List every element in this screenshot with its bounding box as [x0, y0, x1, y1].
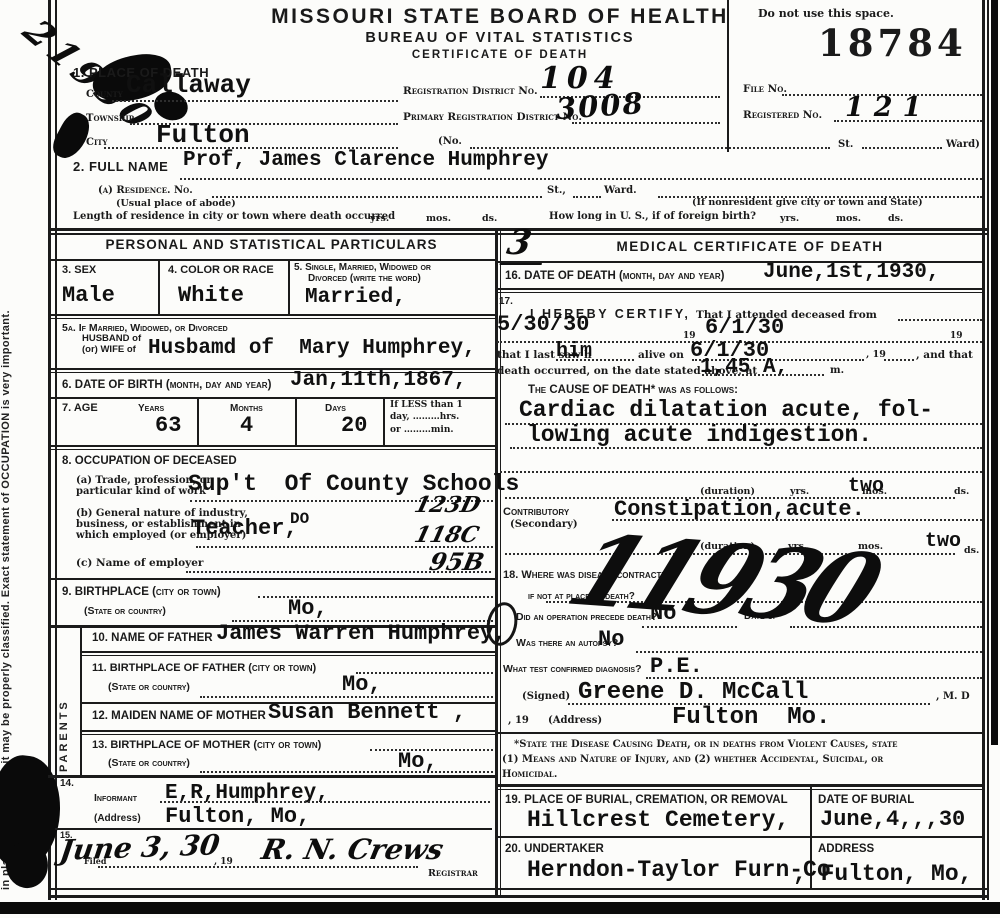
dotted-rule [180, 178, 982, 180]
duration-value-1: two [848, 477, 884, 497]
rule [48, 449, 495, 450]
duration-value-2: two [925, 532, 961, 552]
burial-place-label: 19. PLACE OF BURIAL, CREMATION, OR REMOV… [505, 794, 788, 806]
footnote-line-2: (1) Means and Nature of Injury, and (2) … [502, 755, 883, 766]
rule [158, 259, 160, 316]
footnote-line-3: Homicidal. [502, 770, 557, 781]
duration-ds-label: ds. [954, 487, 969, 497]
full-name-value: Prof, James Clarence Humphrey [183, 150, 548, 171]
cause-of-death-line-2: lowing acute indigestion. [527, 424, 872, 447]
age-years-value: 63 [155, 415, 181, 437]
section-17-number: 17. [499, 297, 513, 308]
county-value: Callaway [126, 72, 251, 98]
test-confirmed-value: P.E. [650, 656, 703, 678]
sex-label: 3. SEX [62, 265, 96, 277]
birthplace-value: Mo, [288, 598, 328, 620]
employer-label: (c) Name of employer [76, 558, 203, 569]
race-label: 4. COLOR OR RACE [168, 265, 274, 277]
attended-to-date: 6/1/30 [705, 317, 784, 339]
date-of-death-label: 16. DATE OF DEATH (month, day and year) [505, 270, 724, 282]
occupation-trade-value: Sup't Of County Schools [188, 473, 519, 496]
registered-no-label: Registered No. [743, 110, 822, 121]
rule [48, 578, 495, 580]
bureau-subtitle: BUREAU OF VITAL STATISTICS [270, 31, 730, 46]
dotted-rule [636, 651, 982, 653]
township-label: Township [86, 114, 134, 125]
signed-label: (Signed) [522, 692, 570, 703]
dotted-rule [500, 471, 982, 473]
board-title: MISSOURI STATE BOARD OF HEALTH [270, 6, 730, 28]
rule [497, 732, 985, 734]
registered-no-value: 121 [845, 94, 931, 121]
mos-label: mos. [426, 214, 451, 224]
burial-date-label: DATE OF BURIAL [818, 794, 914, 806]
father-birthplace-label: 11. BIRTHPLACE OF FATHER (city or town) [92, 663, 316, 675]
duration-label: (duration) [700, 487, 755, 497]
father-name-value: James Warren Humphrey, [216, 623, 506, 645]
registrar-signature: R. N. Crews [259, 836, 446, 864]
residence-label: (a) Residence. No. [98, 186, 193, 197]
dotted-rule [898, 319, 982, 321]
rule [80, 655, 495, 656]
rule [80, 734, 495, 735]
father-name-label: 10. NAME OF FATHER [92, 632, 213, 644]
if-less-label-1: If LESS than 1 [390, 401, 463, 410]
form-border-right-outer [987, 0, 989, 900]
registrar-label: Registrar [428, 869, 478, 879]
rule [48, 445, 495, 447]
rule [497, 836, 985, 838]
dotted-rule [702, 374, 824, 376]
informant-address-label: (Address) [94, 814, 141, 825]
md-label: , M. D [936, 692, 970, 703]
time-m-label: m. [830, 366, 844, 377]
registration-district-label: Registration District No. [403, 86, 538, 97]
alive-19-label: , 19 [866, 350, 886, 360]
mother-name-value: Susan Bennett , [268, 702, 466, 724]
form-bottom-rule [48, 888, 988, 890]
signed-19-label: , 19 [508, 716, 529, 727]
rule [497, 288, 985, 290]
undertaker-value: Herndon-Taylor Furn-Co [527, 859, 831, 882]
yrs-label: yrs. [370, 214, 389, 224]
certificate-subtitle: CERTIFICATE OF DEATH [270, 49, 730, 61]
rule [55, 828, 492, 830]
nonresident-label: (If nonresident give city or town and St… [692, 198, 923, 208]
occupation-code-1: 123D [412, 494, 483, 516]
physician-signature: Greene D. McCall [578, 681, 808, 705]
rule [197, 397, 199, 447]
and-that-label: , and that [916, 350, 973, 361]
rule [295, 397, 297, 447]
mother-birthplace-label: 13. BIRTHPLACE OF MOTHER (city or town) [92, 740, 321, 752]
rule [80, 730, 495, 732]
file-no-label: File No. [743, 84, 787, 95]
death-certificate-scan: in plain terms, so that it may be proper… [0, 0, 1000, 918]
street-label: St. [838, 140, 853, 151]
burial-place-value: Hillcrest Cemetery, [527, 809, 789, 832]
do-not-use-label: Do not use this space. [758, 8, 894, 20]
occupation-code-2: 118C [412, 524, 481, 546]
rule [497, 292, 985, 293]
occupation-a-label-2: particular kind of work [76, 487, 206, 498]
physician-address-value: Fulton Mo. [672, 706, 830, 730]
date-of-death-value: June,1st,1930, [763, 262, 939, 283]
occupation-label: 8. OCCUPATION OF DECEASED [62, 455, 237, 467]
rule [48, 259, 495, 261]
scan-edge-right [991, 0, 998, 745]
medical-title: MEDICAL CERTIFICATE OF DEATH [540, 240, 960, 254]
dotted-rule [200, 771, 493, 773]
how-long-us-label: How long in U. S., if of foreign birth? [549, 212, 756, 223]
dotted-rule [98, 866, 418, 868]
county-label: County [86, 90, 123, 101]
attended-from-date: 5/30/30 [497, 314, 589, 336]
filed-date-handwriting: June 3, 30 [58, 831, 221, 865]
record-scrawl: 11930 [556, 523, 885, 639]
dotted-rule [212, 196, 542, 198]
rule [497, 784, 985, 787]
primary-district-label: Primary Registration District No. [403, 112, 582, 123]
father-state-label: (State or country) [108, 682, 190, 693]
dotted-rule [862, 147, 942, 149]
form-border-right-inner [982, 0, 985, 900]
rule [48, 775, 495, 778]
scan-edge-bottom [0, 902, 1000, 914]
informant-label: Informant [94, 793, 137, 804]
date-of-birth-label: 6. DATE OF BIRTH (month, day and year) [62, 379, 271, 391]
ds-label-2: ds. [888, 214, 903, 224]
dotted-rule [510, 447, 982, 449]
full-name-label: 2. FULL NAME [73, 160, 168, 174]
ds-label: ds. [482, 214, 497, 224]
wife-of-label: (or) WIFE of [82, 345, 136, 355]
marital-label-2: Divorced (write the word) [308, 274, 421, 285]
cause-of-death-line-1: Cardiac dilatation acute, fol- [519, 399, 933, 422]
mos-label-2: mos. [836, 214, 861, 224]
rule [497, 789, 985, 790]
marital-value: Married, [305, 287, 406, 308]
secondary-label: (Secondary) [510, 520, 578, 531]
if-less-label-3: or ………min. [390, 426, 454, 435]
abode-label: (Usual place of abode) [116, 199, 236, 209]
occupation-industry-value: Teacher, [192, 518, 298, 540]
city-value: Fulton [156, 122, 250, 148]
burial-date-value: June,4,,,30 [820, 809, 965, 831]
certificate-number: 18784 [818, 24, 967, 63]
father-birthplace-value: Mo, [342, 674, 382, 696]
dotted-rule [884, 359, 914, 361]
duration-yrs-label: yrs. [790, 487, 809, 497]
rule [80, 651, 495, 653]
autopsy-value: No [598, 629, 624, 651]
dotted-rule [556, 359, 634, 361]
sex-value: Male [62, 285, 115, 307]
header-box-divider [727, 0, 729, 152]
informant-number: 14. [60, 779, 74, 790]
cause-of-death-label: The CAUSE OF DEATH* was as follows: [528, 384, 738, 396]
spouse-value: Husbamd of Mary Humphrey, [148, 338, 476, 359]
certify-19-label-b: 19 [950, 332, 963, 341]
if-less-label-2: day, ………hrs. [390, 413, 459, 422]
rule [48, 318, 495, 319]
parents-label: PARENTS [58, 642, 70, 772]
birthplace-label: 9. BIRTHPLACE (city or town) [62, 586, 221, 598]
yrs-label-2: yrs. [780, 214, 799, 224]
contributory-label: Contributory [503, 507, 569, 519]
birthplace-state-label: (State or country) [84, 606, 166, 617]
dotted-rule [186, 571, 491, 573]
date-of-birth-value: Jan,11th,1867, [290, 370, 466, 391]
rule [48, 397, 495, 399]
marital-label-1: 5. Single, Married, Widowed or [294, 263, 431, 274]
mother-birthplace-value: Mo, [398, 751, 438, 773]
residence-ward-label: Ward. [604, 186, 637, 197]
form-bottom-rule-heavy [48, 895, 988, 898]
form-border-left-outer [48, 0, 51, 900]
rule [48, 314, 495, 316]
rule [383, 397, 385, 447]
informant-address-value: Fulton, Mo, [165, 806, 310, 828]
alive-on-label: alive on [638, 350, 684, 361]
rule [288, 259, 290, 316]
footnote-line-1: *State the Disease Causing Death, or in … [514, 740, 898, 751]
age-label: 7. AGE [62, 403, 98, 415]
mother-name-label: 12. MAIDEN NAME OF MOTHER [92, 710, 266, 722]
street-no-label: (No. [438, 137, 462, 148]
ward-label: Ward) [946, 140, 980, 151]
dotted-rule [573, 196, 601, 198]
test-confirmed-label: What test confirmed diagnosis? [503, 664, 642, 675]
undertaker-address-label: ADDRESS [818, 843, 874, 855]
primary-district-value: 3008 [555, 89, 646, 124]
undertaker-address-value: , Fulton, Mo, [793, 863, 972, 886]
mother-state-label: (State or country) [108, 758, 190, 769]
dotted-rule [160, 801, 490, 803]
race-value: White [178, 285, 244, 307]
occupation-do-value: DO [290, 511, 309, 527]
length-of-residence-label: Length of residence in city or town wher… [73, 212, 395, 223]
physician-address-label: (Address) [548, 716, 602, 727]
dotted-rule [112, 100, 398, 102]
age-months-value: 4 [240, 415, 253, 437]
duration-ds-label-2: ds. [964, 546, 979, 556]
age-days-value: 20 [341, 415, 367, 437]
husband-of-label: HUSBAND of [82, 334, 141, 344]
undertaker-label: 20. UNDERTAKER [505, 843, 604, 855]
personal-title: PERSONAL AND STATISTICAL PARTICULARS [48, 238, 495, 252]
residence-st-label: St., [547, 186, 566, 197]
